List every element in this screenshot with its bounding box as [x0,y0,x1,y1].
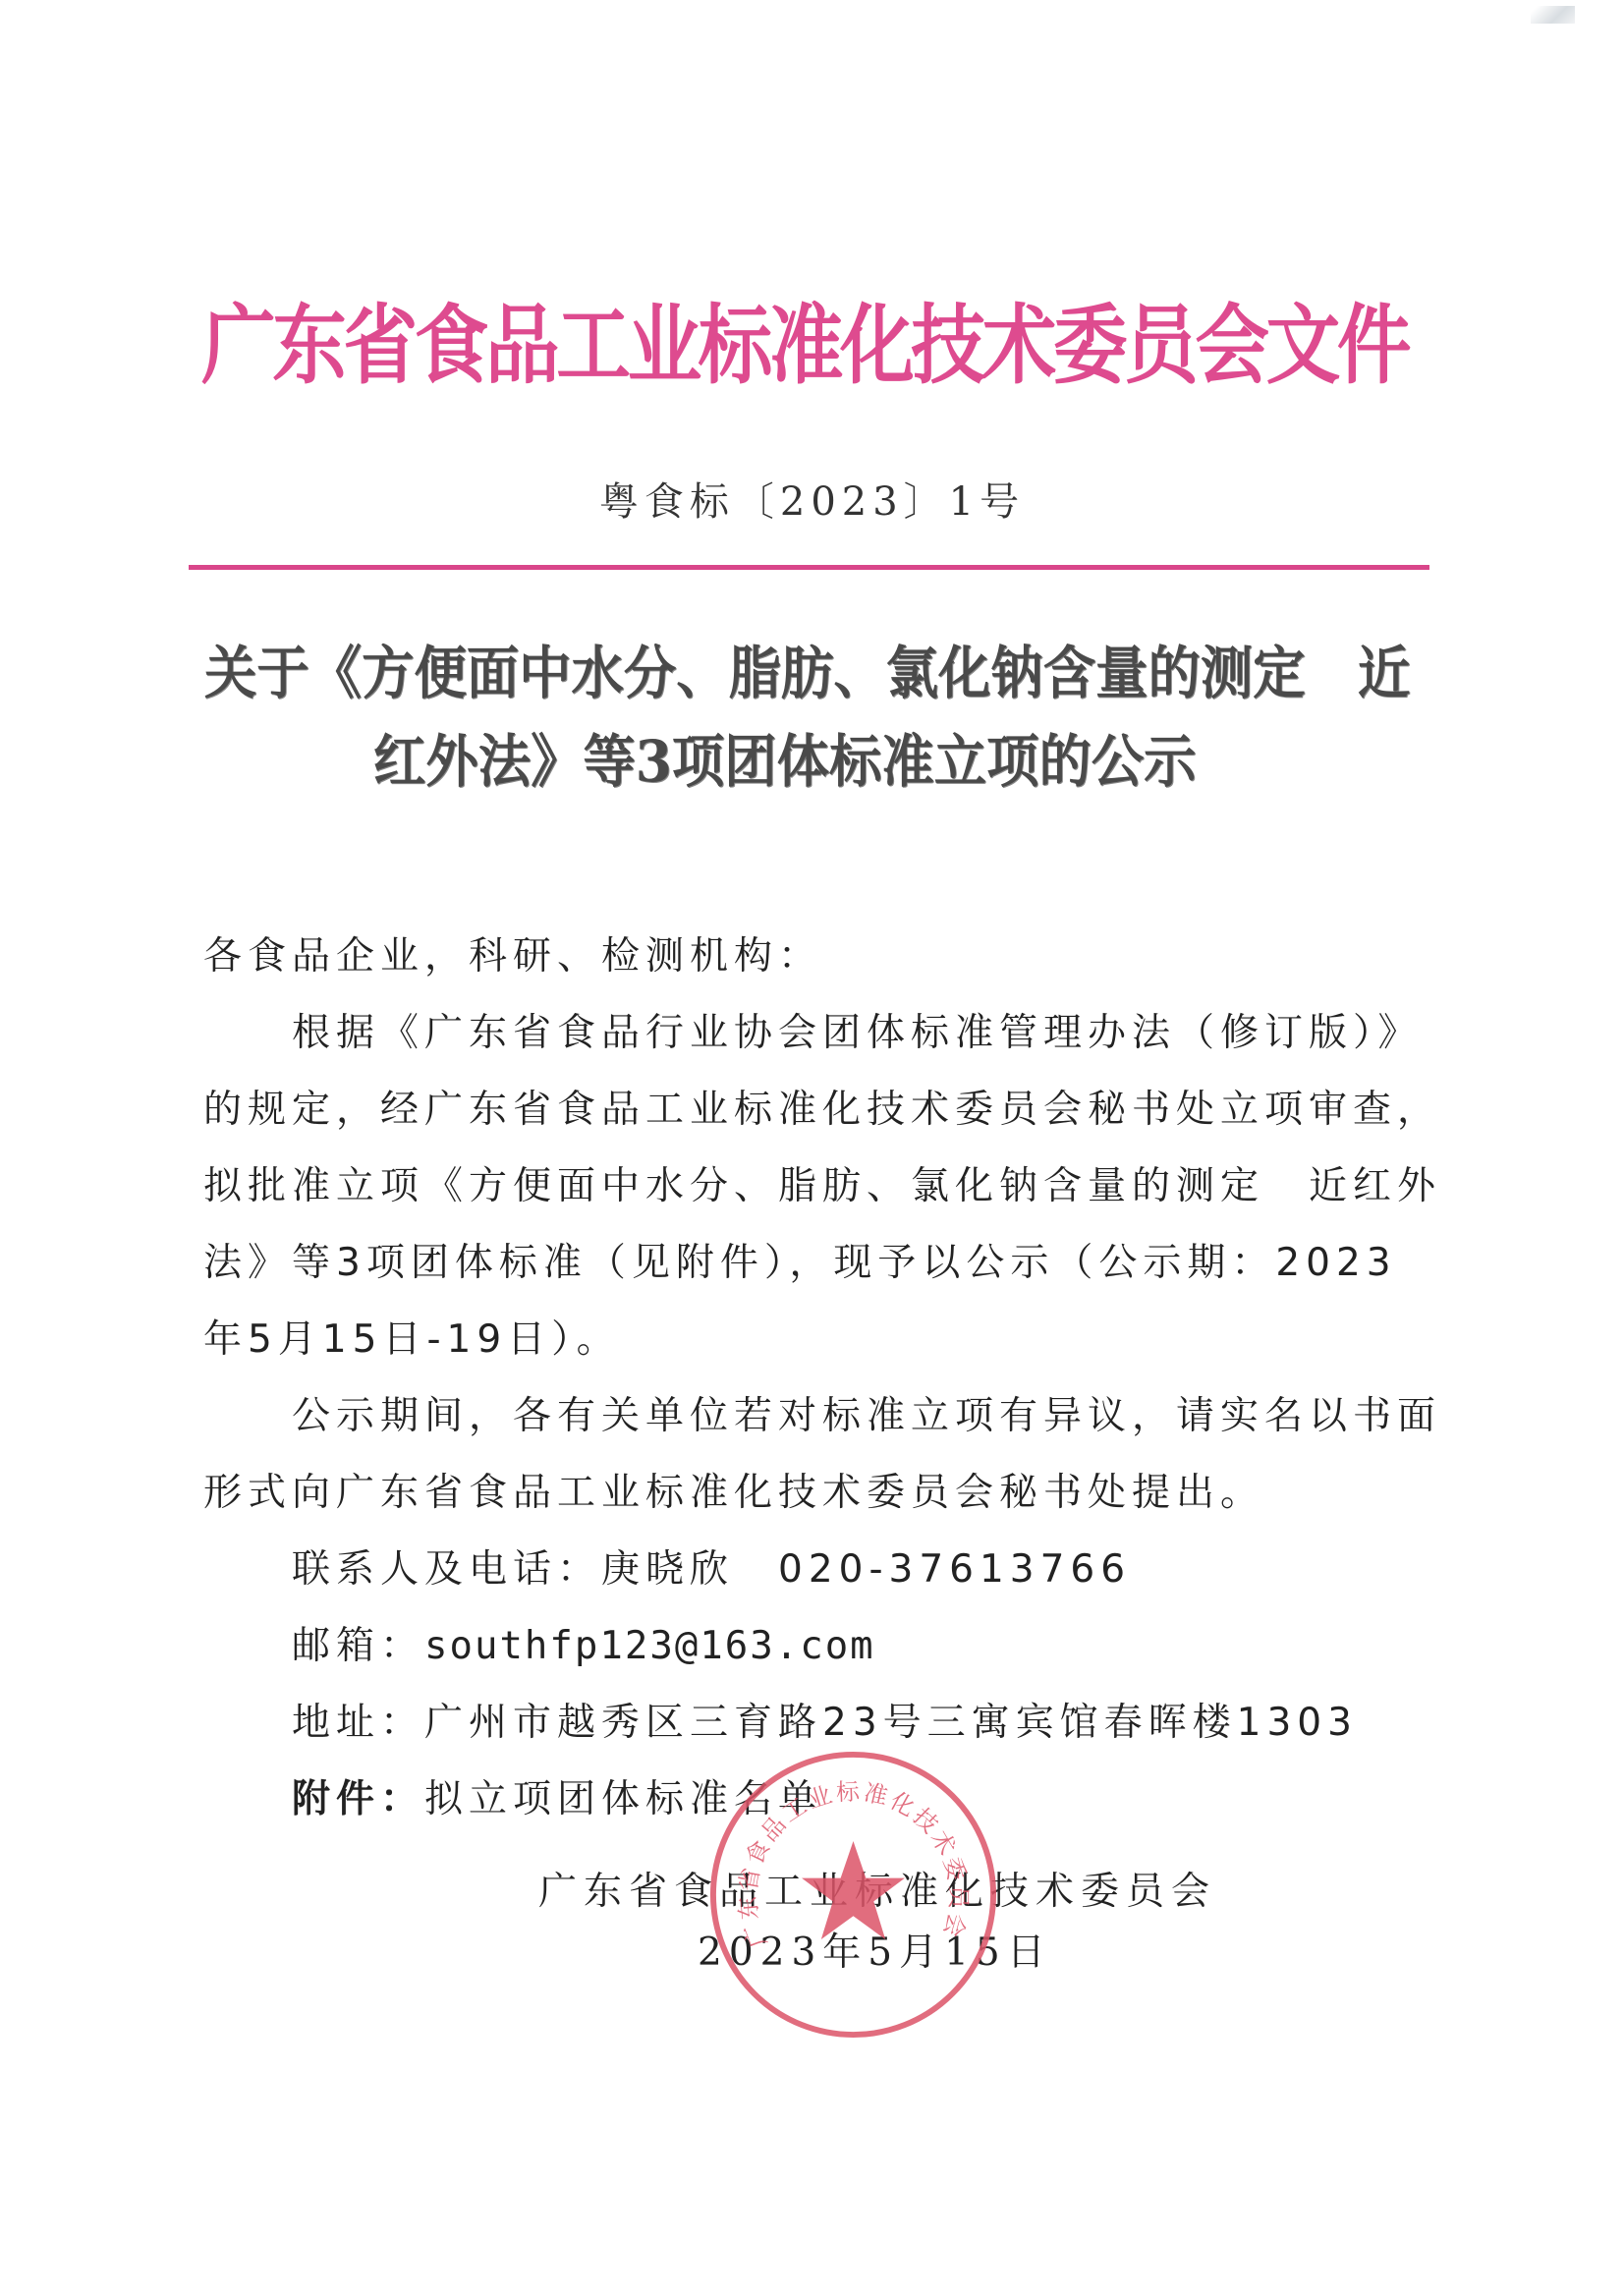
body-line-3: 拟批准立项《方便面中水分、脂肪、氯化钠含量的测定 近红外 [203,1157,1441,1216]
red-divider-line [189,565,1429,570]
official-seal-icon: 广东省食品工业标准化技术委员会 [707,1749,999,2041]
document-header-title: 广东省食品工业标准化技术委员会文件 [201,291,1258,399]
contact-line: 联系人及电话：庚晓欣 020-37613766 [292,1540,1131,1599]
salutation: 各食品企业，科研、检测机构： [203,927,822,986]
notice-title-line-1: 关于《方便面中水分、脂肪、氯化钠含量的测定 近 [204,639,1410,707]
scan-artifact [1531,6,1575,24]
address-value: 广州市越秀区三育路23号三寓宾馆春晖楼1303 [424,1701,1358,1745]
body-line-1: 根据《广东省食品行业协会团体标准管理办法（修订版）》 [292,1004,1423,1063]
body-line-5: 年5月15日-19日）。 [203,1311,621,1370]
notice-title-line-2: 红外法》等3项团体标准立项的公示 [373,727,1197,796]
body-line-4: 法》等3项团体标准（见附件），现予以公示（公示期：2023 [203,1234,1397,1293]
document-page: 广东省食品工业标准化技术委员会文件 粤食标〔2023〕1号 关于《方便面中水分、… [0,0,1624,2295]
address-line: 地址：广州市越秀区三育路23号三寓宾馆春晖楼1303 [292,1694,1358,1753]
body-line-2: 的规定，经广东省食品工业标准化技术委员会秘书处立项审查， [203,1081,1441,1140]
contact-value: 庚晓欣 020-37613766 [601,1547,1131,1592]
email-value[interactable]: southfp123@163.com [424,1624,875,1668]
attachment-label: 附件： [292,1777,424,1821]
body-line-7: 形式向广东省食品工业标准化技术委员会秘书处提出。 [203,1464,1264,1523]
email-line: 邮箱：southfp123@163.com [292,1617,875,1676]
contact-label: 联系人及电话： [292,1547,601,1592]
document-number: 粤食标〔2023〕1号 [0,477,1624,527]
email-label: 邮箱： [292,1624,424,1668]
body-line-6: 公示期间，各有关单位若对标准立项有异议，请实名以书面 [292,1387,1441,1446]
address-label: 地址： [292,1701,424,1745]
